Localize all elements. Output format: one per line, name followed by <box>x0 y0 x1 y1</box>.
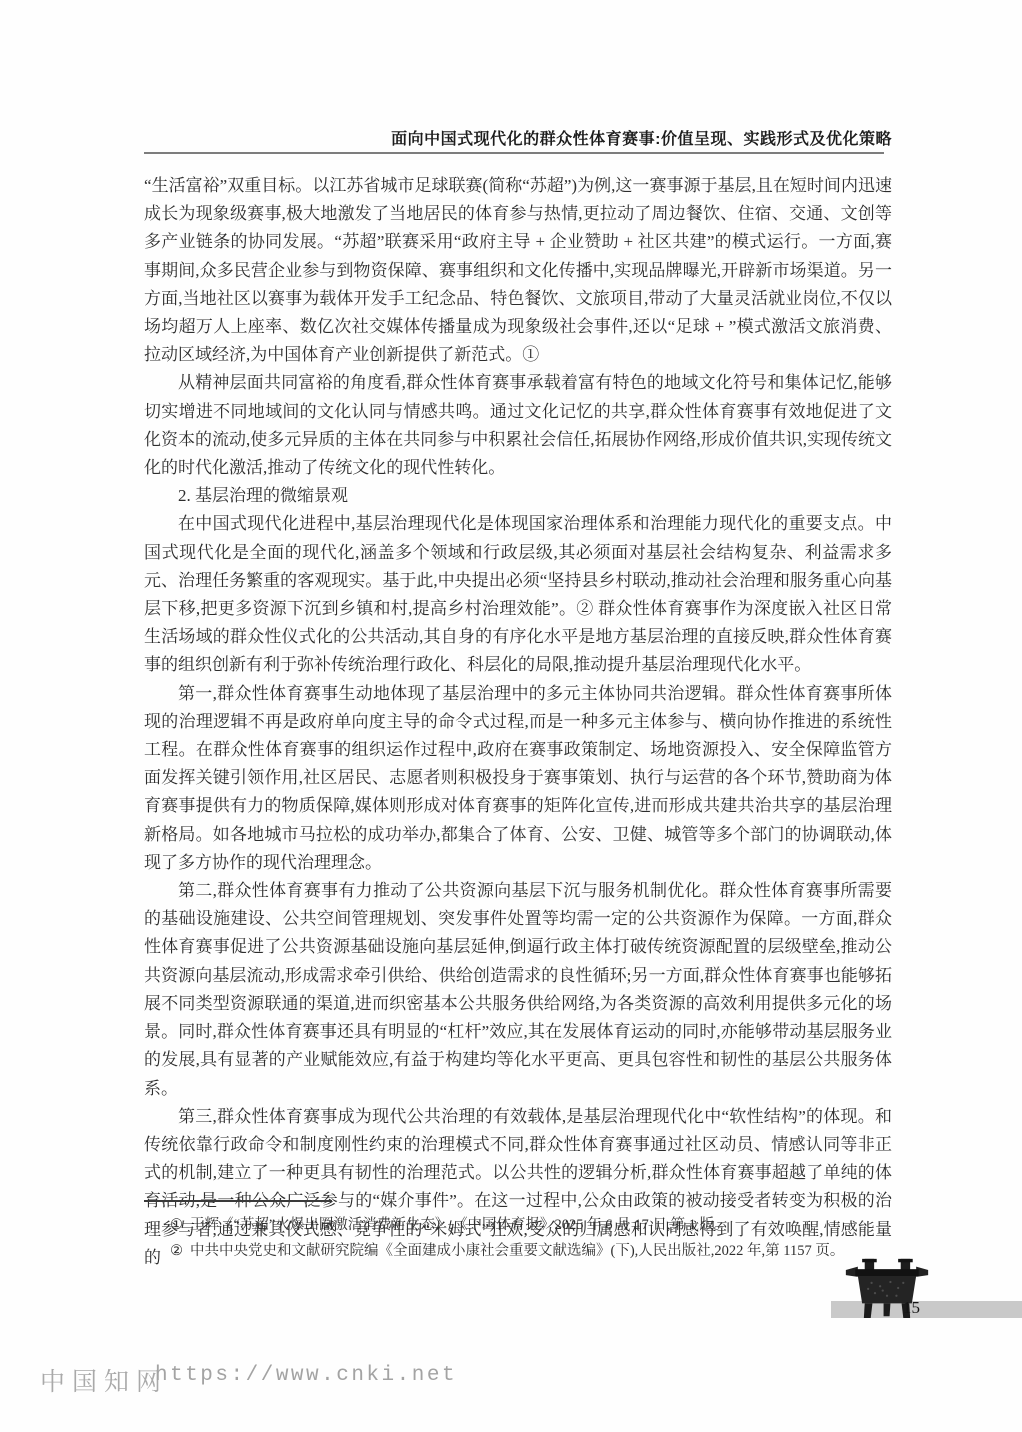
body-text-column: “生活富裕”双重目标。以江苏省城市足球联赛(简称“苏超”)为例,这一赛事源于基层… <box>144 172 892 1272</box>
footnote-separator <box>144 1200 332 1202</box>
footnote-item: ①王辉《“苏超”火爆出圈激活消费新生态》,《中国体育报》2025 年 6 月 1… <box>170 1212 870 1238</box>
footnote-text: 中共中央党史和文献研究院编《全面建成小康社会重要文献选编》(下),人民出版社,2… <box>190 1243 844 1259</box>
footnotes: ①王辉《“苏超”火爆出圈激活消费新生态》,《中国体育报》2025 年 6 月 1… <box>170 1212 870 1264</box>
paragraph: 从精神层面共同富裕的角度看,群众性体育赛事承载着富有特色的地域文化符号和集体记忆… <box>144 369 892 482</box>
page-number: 15 <box>903 1298 920 1318</box>
paragraph: 第二,群众性体育赛事有力推动了公共资源向基层下沉与服务机制优化。群众性体育赛事所… <box>144 877 892 1103</box>
running-head-title: 面向中国式现代化的群众性体育赛事:价值呈现、实践形式及优化策略 <box>144 126 892 149</box>
paragraph-continuation: “生活富裕”双重目标。以江苏省城市足球联赛(简称“苏超”)为例,这一赛事源于基层… <box>144 172 892 369</box>
footnote-text: 王辉《“苏超”火爆出圈激活消费新生态》,《中国体育报》2025 年 6 月 17… <box>190 1217 729 1233</box>
footnote-item: ②中共中央党史和文献研究院编《全面建成小康社会重要文献选编》(下),人民出版社,… <box>170 1238 870 1264</box>
section-heading: 2. 基层治理的微缩景观 <box>144 482 892 510</box>
header-rule <box>144 152 884 154</box>
paper-page: 面向中国式现代化的群众性体育赛事:价值呈现、实践形式及优化策略 “生活富裕”双重… <box>0 0 1022 1432</box>
cnki-watermark-logo: 中国知网 <box>40 1362 168 1398</box>
paragraph: 第一,群众性体育赛事生动地体现了基层治理中的多元主体协同共治逻辑。群众性体育赛事… <box>144 680 892 877</box>
footnote-marker: ② <box>170 1243 183 1259</box>
cnki-watermark-url: https://www.cnki.net <box>155 1364 457 1387</box>
paragraph: 在中国式现代化进程中,基层治理现代化是体现国家治理体系和治理能力现代化的重要支点… <box>144 510 892 679</box>
footnote-marker: ① <box>170 1217 183 1233</box>
